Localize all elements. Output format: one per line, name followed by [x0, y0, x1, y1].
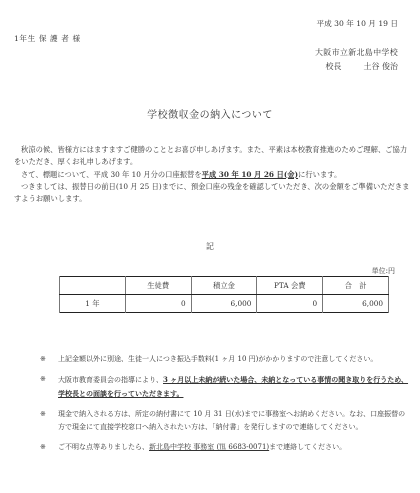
note-mark: ※ [40, 441, 46, 454]
note-mark: ※ [40, 373, 46, 386]
note-mark: ※ [40, 353, 46, 366]
cell-total: 6,000 [323, 295, 389, 313]
note-mark: ※ [40, 408, 46, 421]
row-grade: 1 年 [60, 295, 126, 313]
document-date: 平成 30 年 10 月 19 日 [317, 20, 398, 28]
balance-check-paragraph: つきましては、振替日の前日(10 月 25 日)までに、預金口座の残金を確認して… [14, 181, 410, 206]
header-total: 合 計 [323, 277, 389, 295]
principal-signature: 校長土谷 俊治 [325, 63, 398, 71]
ki-heading: 記 [0, 243, 420, 251]
note-unpaid: ※ 大阪市教育委員会の指導により、3 ヶ月以上未納が続いた場合、未納となっている… [40, 373, 412, 401]
unit-label: 単位:円 [372, 268, 395, 275]
table-row: 1 年 0 6,000 0 6,000 [60, 295, 389, 313]
fee-table: 生徒費 積立金 PTA 会費 合 計 1 年 0 6,000 0 6,000 [59, 276, 389, 313]
note-text: 現金で納入される方は、所定の納付書にて 10 月 31 日(水)までに事務室へお… [58, 410, 405, 431]
notes-list: ※ 上記金額以外に別途、生徒一人につき振込手数料(1 ヶ月 10 円)がかかりま… [40, 353, 412, 461]
school-name: 大阪市立新北島中学校 [315, 49, 398, 57]
document-body: 秋涼の候、皆様方にはますますご健勝のこととお喜び申しあげます。また、平素は本校教… [14, 144, 410, 205]
cell-tsumitatekin: 6,000 [191, 295, 257, 313]
document-title: 学校徴収金の納入について [0, 111, 420, 121]
note-text: 大阪市教育委員会の指導により、 [58, 376, 163, 384]
header-blank [60, 277, 126, 295]
greeting-paragraph: 秋涼の候、皆様方にはますますご健勝のこととお喜び申しあげます。また、平素は本校教… [14, 144, 410, 169]
transfer-date-paragraph: さて、標題について、平成 30 年 10 月分の口座振替を平成 30 年 10 … [14, 169, 410, 181]
contact-office: 新北島中学校 事務室 (℡ 6683-0071) [149, 443, 269, 451]
header-pta: PTA 会費 [257, 277, 323, 295]
header-tsumitatekin: 積立金 [191, 277, 257, 295]
transfer-date-intro: さて、標題について、平成 30 年 10 月分の口座振替を [21, 170, 202, 179]
cell-pta: 0 [257, 295, 323, 313]
header-seitohi: 生徒費 [125, 277, 191, 295]
note-text: 上記金額以外に別途、生徒一人につき振込手数料(1 ヶ月 10 円)がかかりますの… [58, 355, 377, 363]
note-text-after: まで連絡してください。 [269, 443, 346, 451]
fee-table-header-row: 生徒費 積立金 PTA 会費 合 計 [60, 277, 389, 295]
principal-name: 土谷 俊治 [363, 62, 398, 71]
note-contact: ※ ご不明な点等ありましたら、新北島中学校 事務室 (℡ 6683-0071)ま… [40, 441, 412, 454]
transfer-date-outro: に行います。 [298, 170, 341, 179]
cell-seitohi: 0 [125, 295, 191, 313]
transfer-date-emphasis: 平成 30 年 10 月 26 日(金) [202, 170, 298, 179]
note-cash: ※ 現金で納入される方は、所定の納付書にて 10 月 31 日(水)までに事務室… [40, 408, 412, 434]
principal-title: 校長 [325, 62, 341, 71]
addressee: 1年生 保 護 者 様 [14, 35, 81, 43]
note-text: ご不明な点等ありましたら、 [58, 443, 149, 451]
note-fee: ※ 上記金額以外に別途、生徒一人につき振込手数料(1 ヶ月 10 円)がかかりま… [40, 353, 412, 366]
